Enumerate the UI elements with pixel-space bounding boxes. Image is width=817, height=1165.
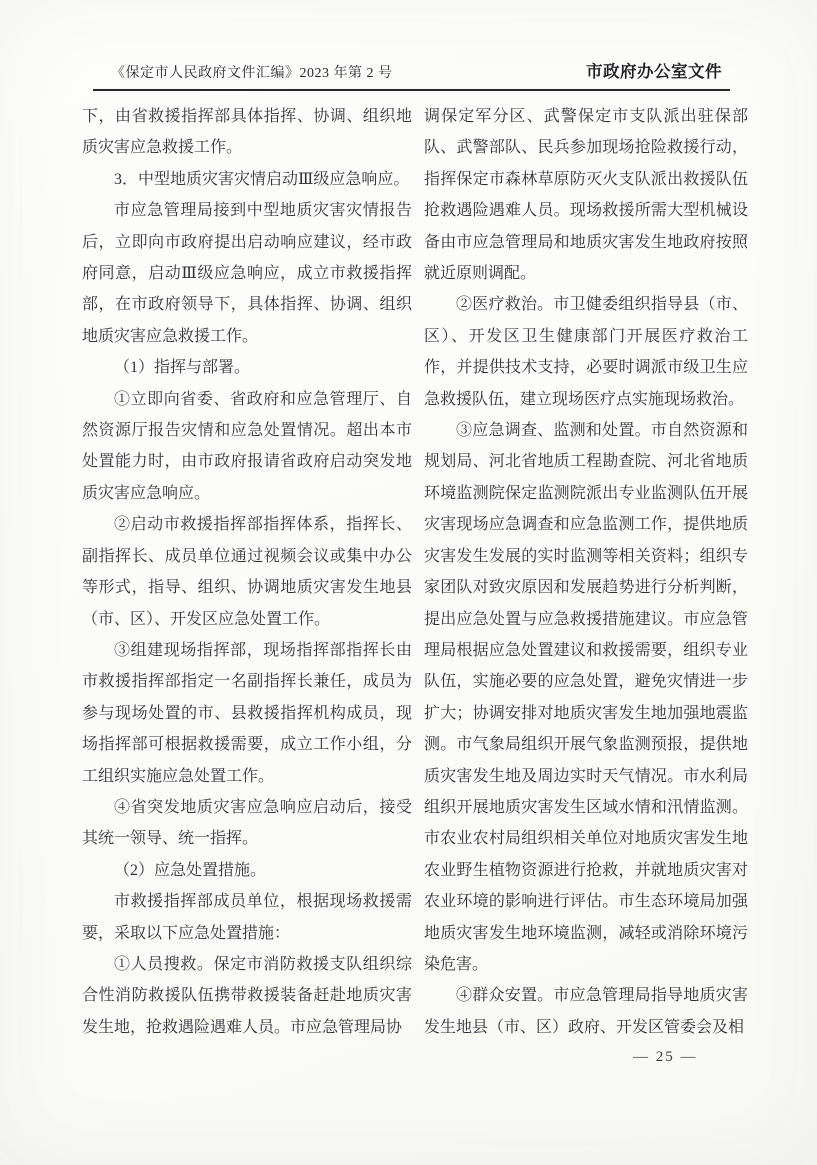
- page-header: 《保定市人民政府文件汇编》2023 年第 2 号 市政府办公室文件: [93, 58, 730, 91]
- header-compilation-title: 《保定市人民政府文件汇编》2023 年第 2 号: [111, 62, 393, 82]
- paragraph: 市救援指挥部成员单位，根据现场救援需要，采取以下应急处置措施：: [82, 886, 412, 949]
- paragraph: （1）指挥与部署。: [82, 352, 412, 383]
- paragraph: ①人员搜救。保定市消防救援支队组织综合性消防救援队伍携带救援装备赶赴地质灾害发生…: [82, 949, 412, 1043]
- paragraph: （2）应急处置措施。: [82, 855, 412, 886]
- left-column: 下，由省救援指挥部具体指挥、协调、组织地质灾害应急救援工作。3．中型地质灾害灾情…: [82, 101, 412, 1043]
- paragraph: ③应急调查、监测和处置。市自然资源和规划局、河北省地质工程勘查院、河北省地质环境…: [424, 415, 748, 980]
- two-column-body: 下，由省救援指挥部具体指挥、协调、组织地质灾害应急救援工作。3．中型地质灾害灾情…: [82, 101, 748, 1043]
- paragraph: 市应急管理局接到中型地质灾害灾情报告后，立即向市政府提出启动响应建议，经市政府同…: [82, 195, 412, 352]
- paragraph: ②医疗救治。市卫健委组织指导县（市、区）、开发区卫生健康部门开展医疗救治工作，并…: [424, 289, 748, 415]
- paragraph: 下，由省救援指挥部具体指挥、协调、组织地质灾害应急救援工作。: [82, 101, 412, 164]
- paragraph: ④群众安置。市应急管理局指导地质灾害发生地县（市、区）政府、开发区管委会及相: [424, 980, 748, 1043]
- paragraph: ②启动市救援指挥部指挥体系，指挥长、副指挥长、成员单位通过视频会议或集中办公等形…: [82, 509, 412, 635]
- paragraph: 3．中型地质灾害灾情启动Ⅲ级应急响应。: [82, 164, 412, 195]
- paragraph: ①立即向省委、省政府和应急管理厅、自然资源厅报告灾情和应急处置情况。超出本市处置…: [82, 384, 412, 510]
- paragraph: ③组建现场指挥部，现场指挥部指挥长由市救援指挥部指定一名副指挥长兼任，成员为参与…: [82, 635, 412, 792]
- paragraph: ④省突发地质灾害应急响应启动后，接受其统一领导、统一指挥。: [82, 792, 412, 855]
- document-page: 《保定市人民政府文件汇编》2023 年第 2 号 市政府办公室文件 下，由省救援…: [0, 0, 817, 1165]
- page-number: — 25 —: [633, 1049, 698, 1066]
- header-document-category: 市政府办公室文件: [586, 58, 722, 82]
- paragraph: 调保定军分区、武警保定市支队派出驻保部队、武警部队、民兵参加现场抢险救援行动，指…: [424, 101, 748, 289]
- right-column: 调保定军分区、武警保定市支队派出驻保部队、武警部队、民兵参加现场抢险救援行动，指…: [424, 101, 748, 1043]
